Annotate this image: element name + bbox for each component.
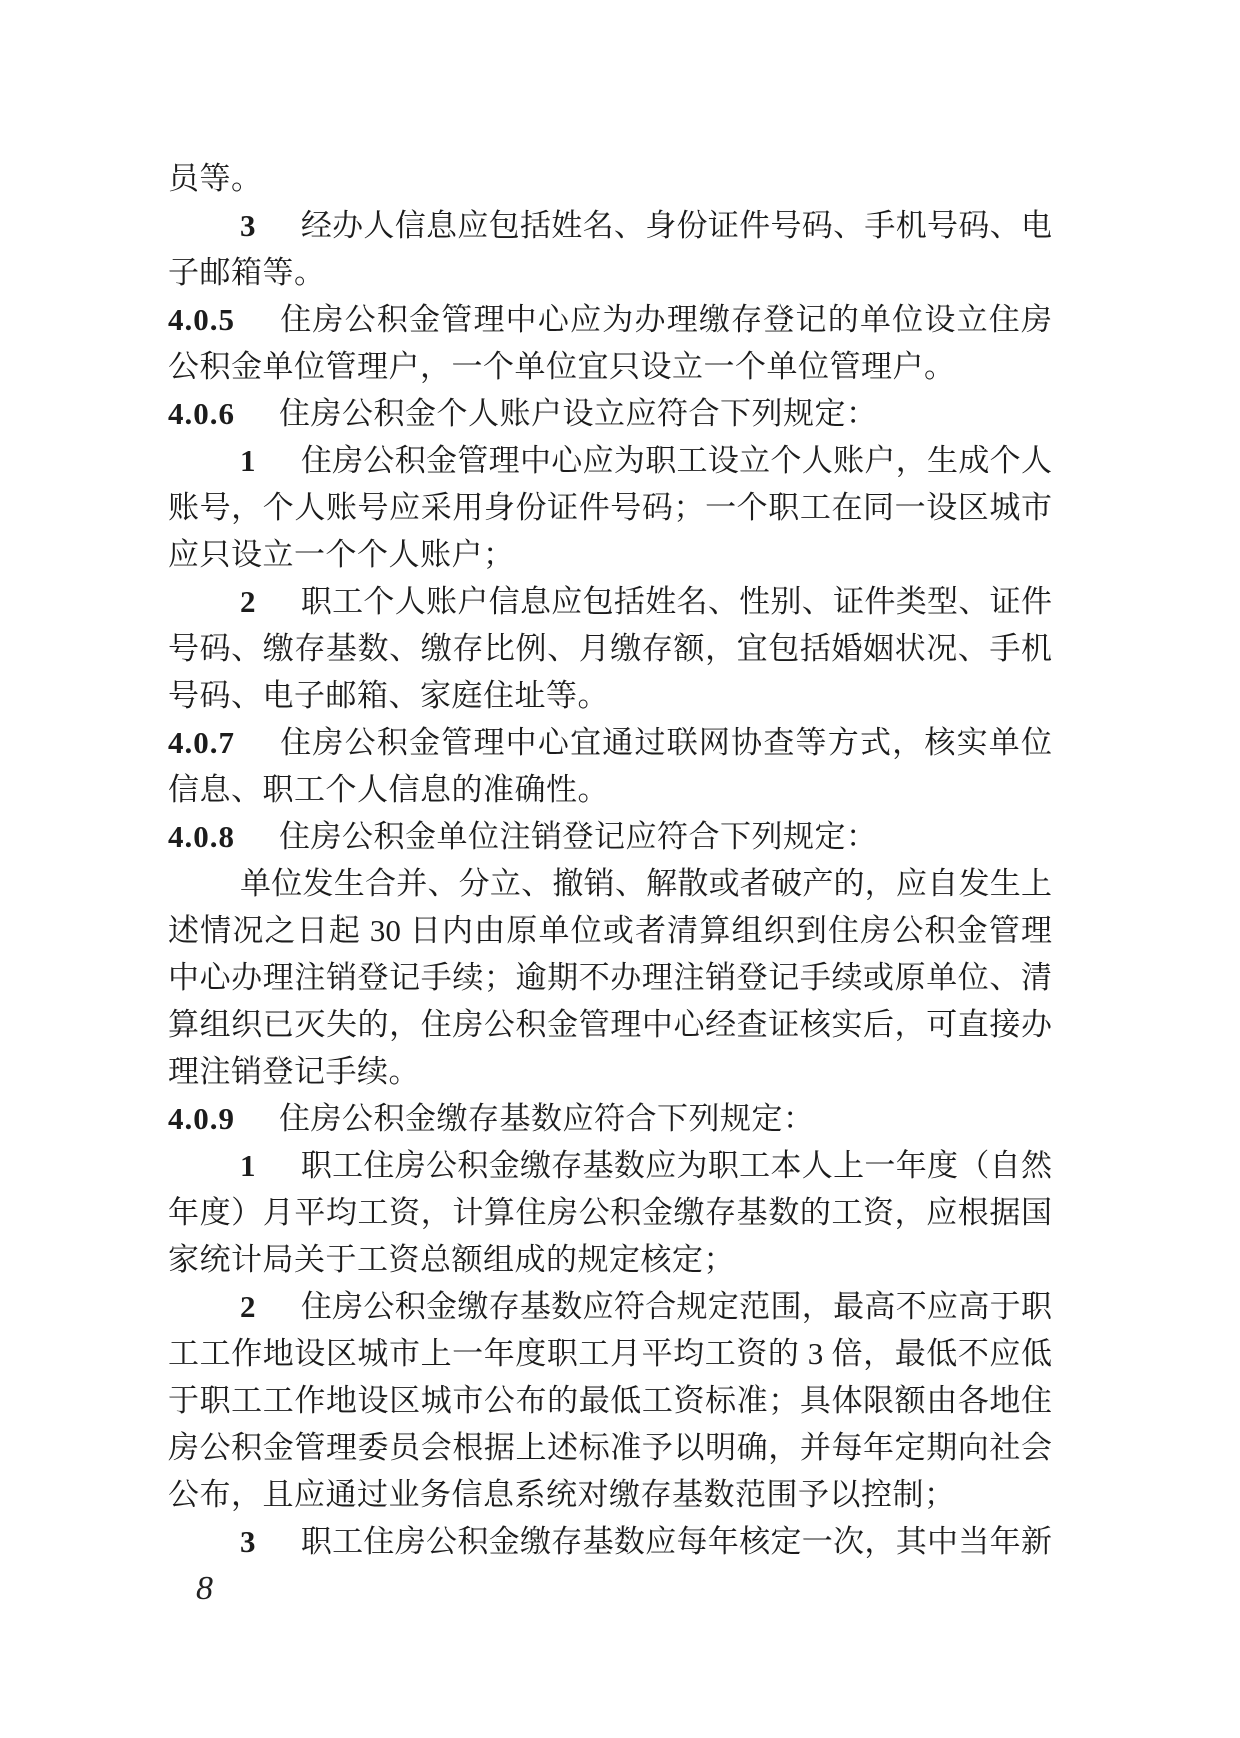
document-body: 员等。3经办人信息应包括姓名、身份证件号码、手机号码、电子邮箱等。4.0.5住房…	[168, 155, 1052, 1565]
clause-line: 4.0.7住房公积金管理中心宜通过联网协查等方式，核实单位	[168, 719, 1052, 766]
clause-line: 1住房公积金管理中心应为职工设立个人账户，生成个人	[168, 437, 1052, 484]
clause-line: 2职工个人账户信息应包括姓名、性别、证件类型、证件	[168, 578, 1052, 625]
clause-number: 4.0.9	[168, 1101, 235, 1136]
clause-number: 1	[240, 443, 257, 478]
clause-number: 3	[240, 1524, 257, 1559]
text-line: 信息、职工个人信息的准确性。	[168, 766, 1052, 813]
text-line: 子邮箱等。	[168, 249, 1052, 296]
clause-number: 4.0.7	[168, 725, 235, 760]
text-line: 公积金单位管理户，一个单位宜只设立一个单位管理户。	[168, 343, 1052, 390]
text-line: 单位发生合并、分立、撤销、解散或者破产的，应自发生上	[168, 860, 1052, 907]
text-line: 工工作地设区城市上一年度职工月平均工资的 3 倍，最低不应低	[168, 1330, 1052, 1377]
clause-line: 4.0.8住房公积金单位注销登记应符合下列规定：	[168, 813, 1052, 860]
clause-number: 1	[240, 1148, 257, 1183]
page-number: 8	[196, 1570, 213, 1608]
clause-line: 4.0.9住房公积金缴存基数应符合下列规定：	[168, 1095, 1052, 1142]
clause-number: 4.0.8	[168, 819, 235, 854]
clause-number: 4.0.6	[168, 396, 235, 431]
text-line: 算组织已灭失的，住房公积金管理中心经查证核实后，可直接办	[168, 1001, 1052, 1048]
text-line: 年度）月平均工资，计算住房公积金缴存基数的工资，应根据国	[168, 1189, 1052, 1236]
text-line: 号码、缴存基数、缴存比例、月缴存额，宜包括婚姻状况、手机	[168, 625, 1052, 672]
text-line: 家统计局关于工资总额组成的规定核定；	[168, 1236, 1052, 1283]
clause-number: 2	[240, 1289, 257, 1324]
text-line: 述情况之日起 30 日内由原单位或者清算组织到住房公积金管理	[168, 907, 1052, 954]
text-line: 中心办理注销登记手续；逾期不办理注销登记手续或原单位、清	[168, 954, 1052, 1001]
clause-line: 2住房公积金缴存基数应符合规定范围，最高不应高于职	[168, 1283, 1052, 1330]
text-line: 于职工工作地设区城市公布的最低工资标准；具体限额由各地住	[168, 1377, 1052, 1424]
text-line: 员等。	[168, 155, 1052, 202]
clause-line: 1职工住房公积金缴存基数应为职工本人上一年度（自然	[168, 1142, 1052, 1189]
text-line: 理注销登记手续。	[168, 1048, 1052, 1095]
clause-number: 3	[240, 208, 257, 243]
text-line: 房公积金管理委员会根据上述标准予以明确，并每年定期向社会	[168, 1424, 1052, 1471]
clause-line: 4.0.5住房公积金管理中心应为办理缴存登记的单位设立住房	[168, 296, 1052, 343]
text-line: 应只设立一个个人账户；	[168, 531, 1052, 578]
text-line: 账号，个人账号应采用身份证件号码；一个职工在同一设区城市	[168, 484, 1052, 531]
document-page: 员等。3经办人信息应包括姓名、身份证件号码、手机号码、电子邮箱等。4.0.5住房…	[0, 0, 1240, 1738]
clause-line: 3职工住房公积金缴存基数应每年核定一次，其中当年新	[168, 1518, 1052, 1565]
clause-line: 4.0.6住房公积金个人账户设立应符合下列规定：	[168, 390, 1052, 437]
clause-number: 4.0.5	[168, 302, 235, 337]
text-line: 公布，且应通过业务信息系统对缴存基数范围予以控制；	[168, 1471, 1052, 1518]
clause-line: 3经办人信息应包括姓名、身份证件号码、手机号码、电	[168, 202, 1052, 249]
text-line: 号码、电子邮箱、家庭住址等。	[168, 672, 1052, 719]
clause-number: 2	[240, 584, 257, 619]
